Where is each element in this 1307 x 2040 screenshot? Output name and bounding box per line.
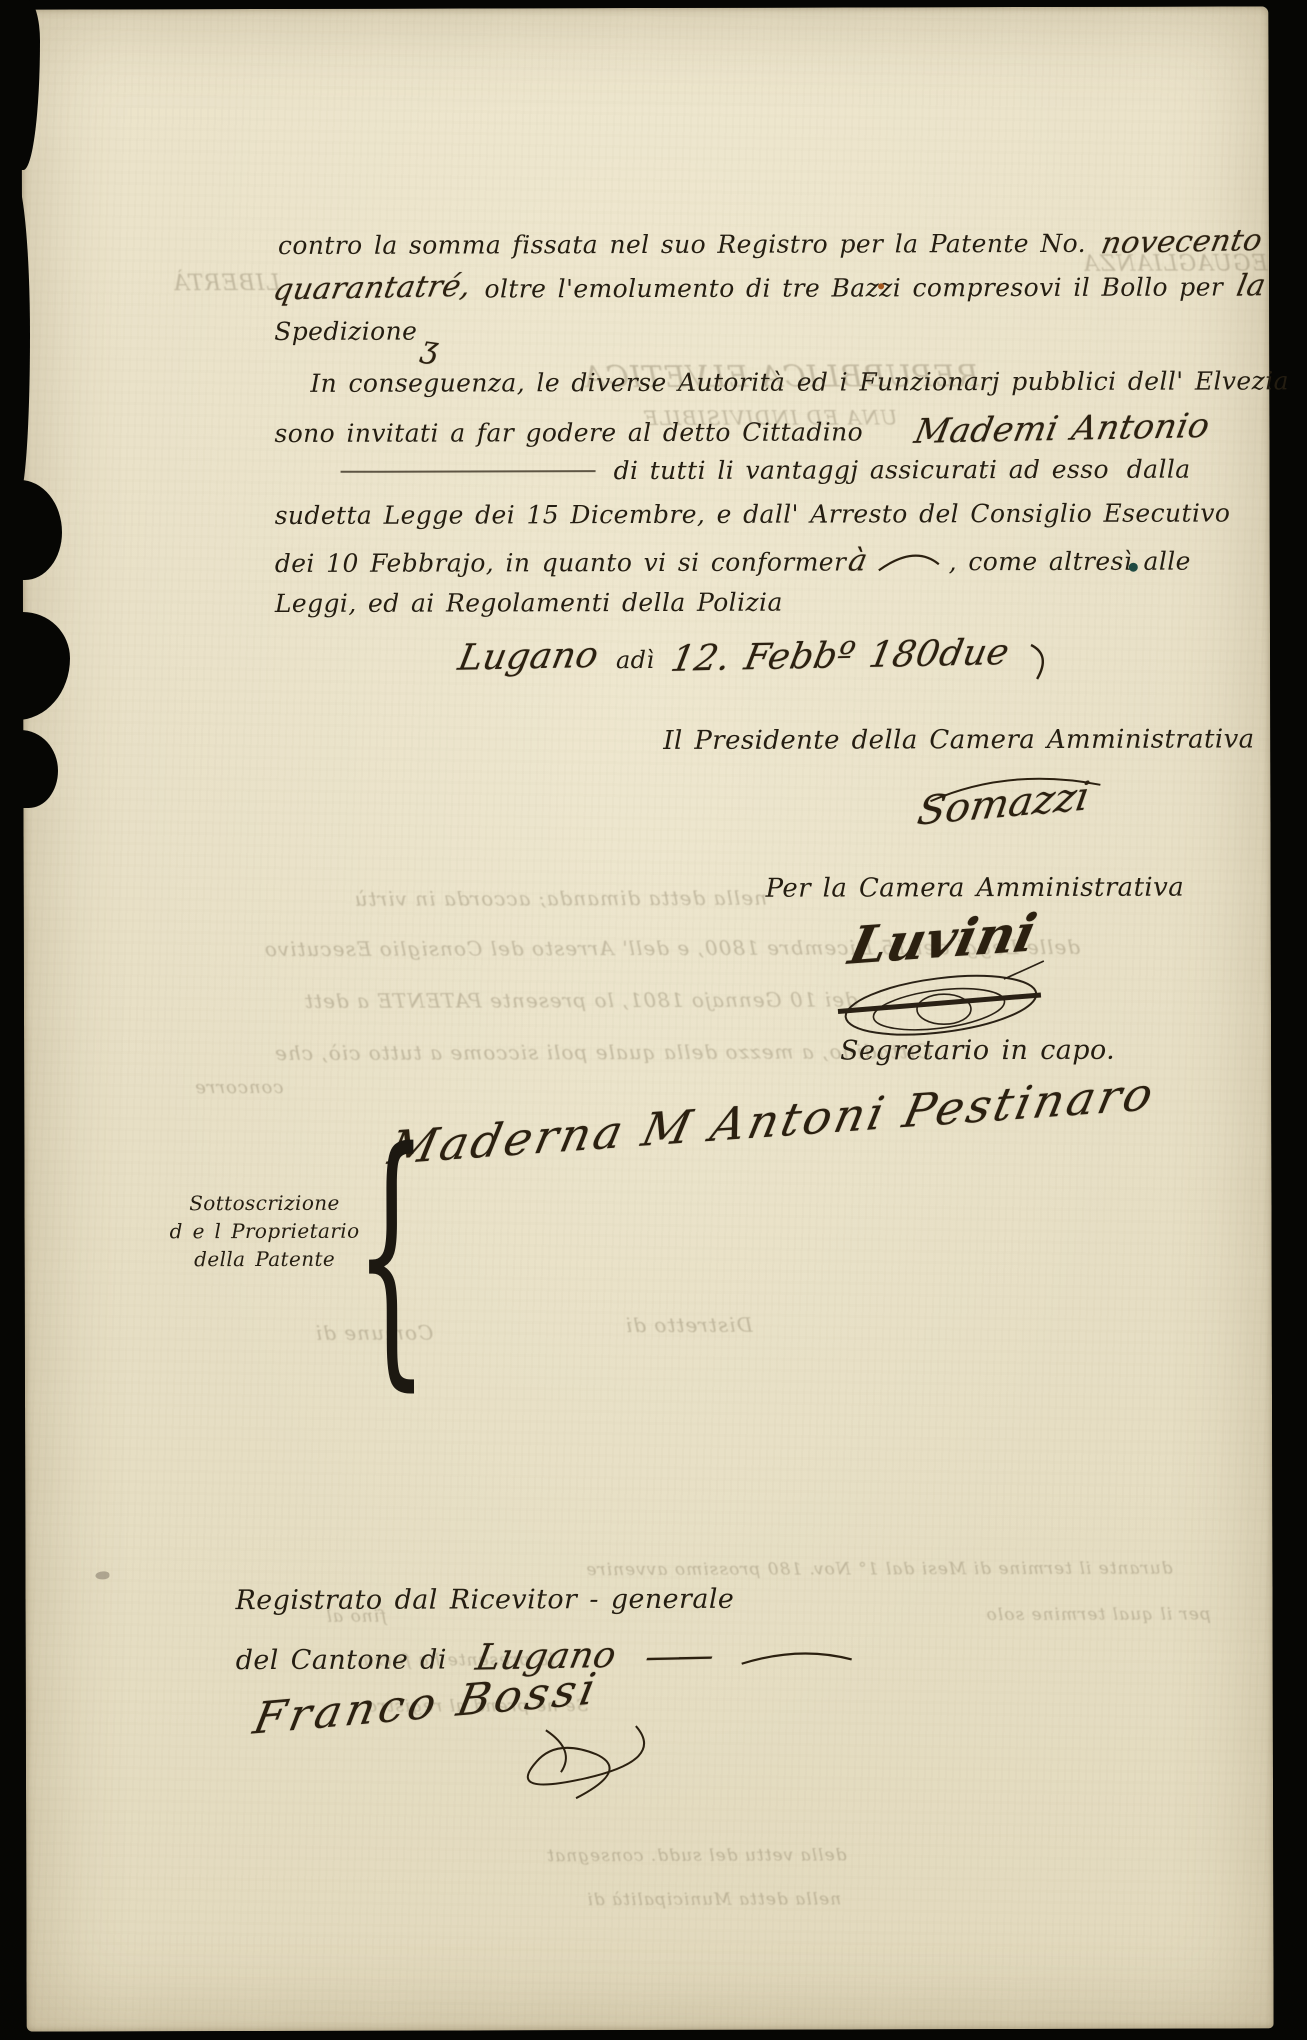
line8-printed-b: , come altresì alle [949,547,1191,577]
line2-hand-la: la [1234,268,1269,304]
line3-printed: Spedizione [274,317,417,346]
bleedthrough-text: nella detta dimanda; accorda in virtù [354,886,767,911]
body-line-8: dei 10 Febbrajo, in quanto vi si conform… [275,543,1191,580]
president-signature-swash [928,775,1108,805]
owner-label-2: d e l Proprietario [155,1219,375,1244]
pen-flourish: ʒ [421,347,438,349]
dateline-adi-printed: adì [616,646,655,674]
dateline-place-hand: Lugano [455,635,602,679]
secretary-title: Segretario in capo. [840,1035,1115,1067]
owner-label-3: della Patente [165,1247,365,1272]
scan-background: LIBERTÀEGUAGLIANZAREPUBBLICA ELVETICAUNA… [0,0,1307,2040]
ink-speck [878,283,884,289]
bleedthrough-text: per il qual termine solo [986,1605,1211,1626]
registrar-rubric [426,1720,656,1811]
line6-printed: di tutti li vantaggj assicurati ad esso [614,455,1109,485]
bleedthrough-text: dei 10 Gennajo 1801, lo presente PATENTE… [304,987,858,1012]
bleedthrough-text: Distretto di [625,1313,753,1337]
line6-word-dalla: dalla [1127,455,1191,484]
brace: { [354,1117,428,1392]
bleedthrough-text: nella detta Municipalità di [586,1889,841,1910]
blank-underline [341,470,596,473]
pen-swash [875,550,945,576]
ink-dot [1129,563,1138,572]
dateline: Lugano adì 12. Febbº 180due [459,625,1053,678]
president-title: Il Presidente della Camera Amministrativ… [663,724,1254,756]
body-line-4: In conseguenza, le diverse Autorità ed i… [310,366,1289,398]
patent-number-word-1: novecento [1098,223,1265,261]
body-line-2: quarantatré, oltre l'emolumento di tre B… [274,268,1266,306]
line8-hand-accent: à [845,543,870,578]
owner-label-1: Sottoscrizione [164,1191,364,1216]
citizen-name-hand: Mademi Antonio [911,406,1213,452]
bleedthrough-text: durante il termine di Mesi dal 1° Nov. 1… [585,1559,1172,1581]
bleedthrough-text: concorre [194,1077,283,1098]
body-line-5: sono invitati a far godere al detto Citt… [274,409,1208,451]
body-line-7: sudetta Legge dei 15 Dicembre, e dall' A… [275,498,1231,530]
line5-printed: sono invitati a far godere al detto Citt… [274,417,863,448]
body-line-3: Spedizione ʒ [274,317,438,346]
bleedthrough-text: LIBERTÀ [172,271,280,296]
body-line-9: Leggi, ed ai Regolamenti della Polizia [275,588,783,618]
line1-printed: contro la somma fissata nel suo Registro… [278,229,1086,260]
registrar-line2-printed: del Cantone di [236,1645,447,1677]
paper-smudge [95,1571,109,1579]
bleedthrough-text: della vettu del sudd. consegnat [546,1845,846,1866]
registrar-line-1: Registrato dal Ricevitor - generale [235,1584,734,1616]
owner-signature: Maderna M Antoni Pestinaro [384,1066,1161,1174]
registrar-trail-swash: —— [642,1635,714,1677]
chamber-title: Per la Camera Amministrativa [766,873,1185,904]
bleedthrough-text: Cittadino, a mezzo della quale poli sicc… [274,1039,931,1065]
line8-printed-a: dei 10 Febbrajo, in quanto vi si conform… [275,547,847,577]
document-paper: LIBERTÀEGUAGLIANZAREPUBBLICA ELVETICAUNA… [21,6,1273,2031]
body-line-1: contro la somma fissata nel suo Registro… [278,224,1262,262]
body-line-6: di tutti li vantaggj assicurati ad esso … [341,455,1191,486]
dateline-flourish [1027,641,1053,683]
patent-number-word-2: quarantatré, [270,269,474,308]
dateline-date-hand: 12. Febbº 180due [668,632,1013,680]
registrar-swash [740,1643,860,1677]
line2-printed: oltre l'emolumento di tre Bazzi compreso… [484,272,1223,303]
